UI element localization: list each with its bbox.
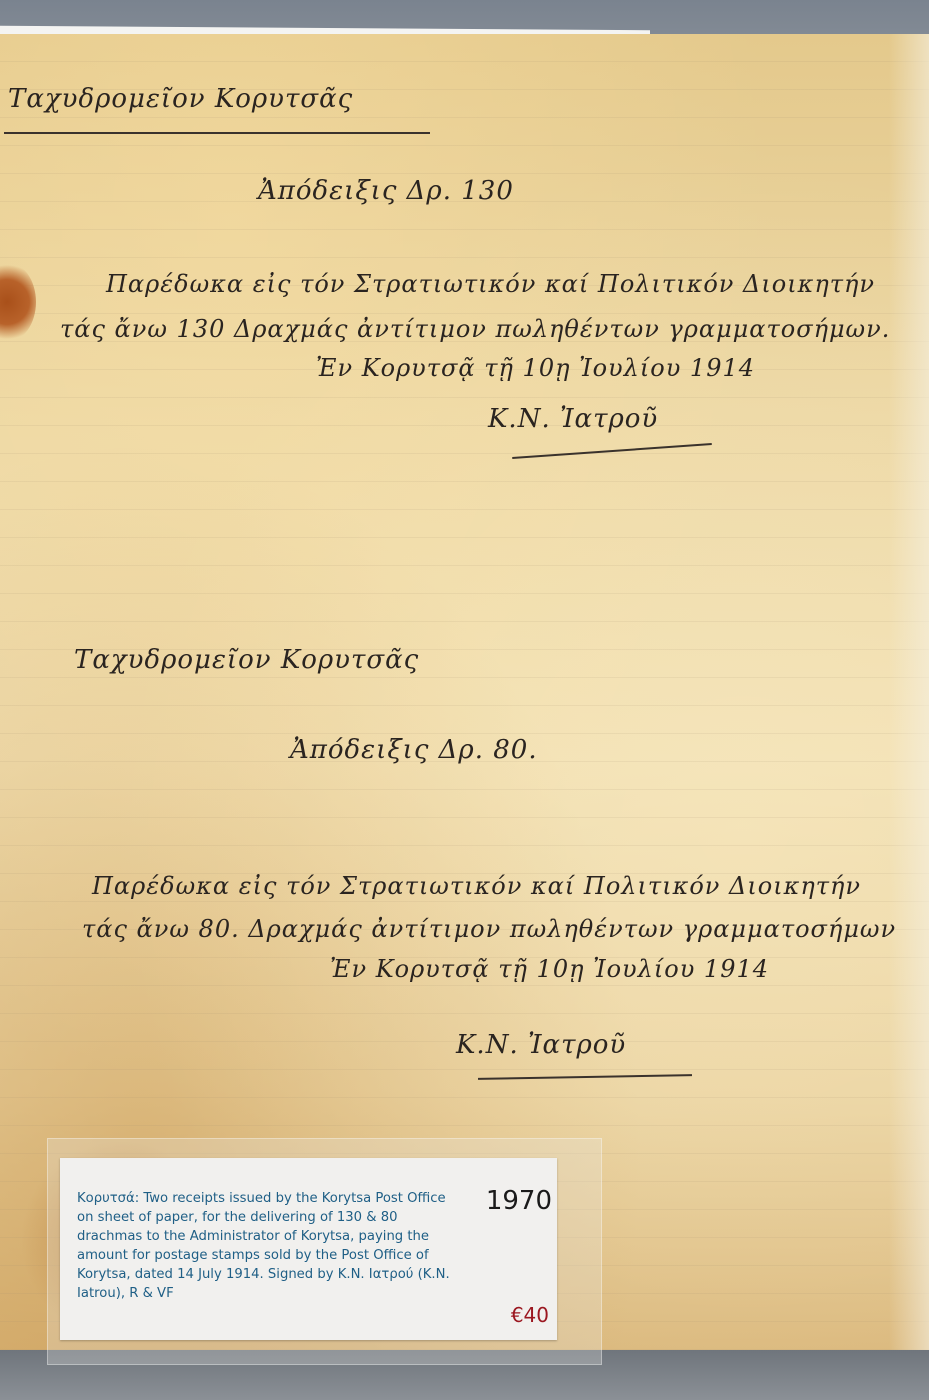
lot-price: €40 — [511, 1303, 549, 1327]
receipt-2-body-line-2: τάς ἄνω 80. Δραχμάς ἀντίτιμον πωληθέντων… — [82, 915, 896, 943]
heading-underline — [4, 132, 430, 134]
lot-description: Κορυτσά: Two receipts issued by the Kory… — [77, 1189, 462, 1303]
receipt-2-title: Ἀπόδειξις Δρ. 80. — [290, 735, 538, 765]
receipt-1-heading: Ταχυδρομεῖον Κορυτσᾶς — [8, 84, 353, 114]
receipt-1-date: Ἐν Κορυτσᾷ τῇ 10ῃ Ἰουλίου 1914 — [316, 354, 755, 382]
receipt-2-date: Ἐν Κορυτσᾷ τῇ 10ῃ Ἰουλίου 1914 — [330, 955, 769, 983]
receipt-1-body-line-1: Παρέδωκα εἰς τόν Στρατιωτικόν καί Πολιτι… — [106, 270, 875, 298]
receipt-1-title: Ἀπόδειξις Δρ. 130 — [258, 176, 514, 206]
sheet-edge — [889, 34, 929, 1354]
receipt-2-body-line-1: Παρέδωκα εἰς τόν Στρατιωτικόν καί Πολιτι… — [92, 872, 861, 900]
receipt-2-heading: Ταχυδρομεῖον Κορυτσᾶς — [74, 645, 419, 675]
lot-number: 1970 — [486, 1186, 552, 1216]
receipt-1-body-line-2: τάς ἄνω 130 Δραχμάς ἀντίτιμον πωληθέντων… — [60, 315, 890, 343]
receipt-2-signature: Κ.Ν. Ἰατροῦ — [456, 1030, 626, 1060]
lot-label: Κορυτσά: Two receipts issued by the Kory… — [60, 1158, 557, 1340]
receipt-1-signature: Κ.Ν. Ἰατροῦ — [488, 404, 658, 434]
